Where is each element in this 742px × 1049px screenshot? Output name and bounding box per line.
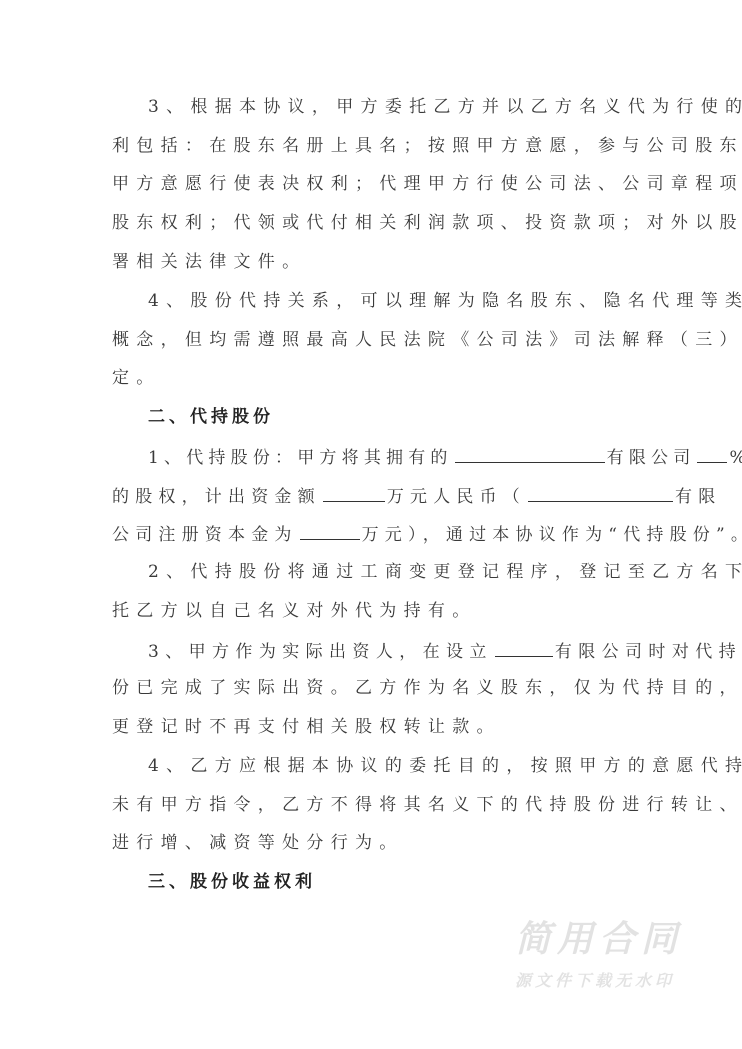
text: 万元），通过本协议作为“代持股份”。 <box>362 525 742 545</box>
paragraph-line: 3、甲方作为实际出资人，在设立有限公司时对代持股 <box>148 638 668 662</box>
paragraph-line: 3、根据本协议，甲方委托乙方并以乙方名义代为行使的股东权 <box>148 95 668 119</box>
text: % <box>729 448 742 468</box>
paragraph-line: 1、代持股份：甲方将其拥有的有限公司% <box>148 444 668 468</box>
registered-capital-blank[interactable] <box>300 521 360 540</box>
text: 1、代持股份：甲方将其拥有的 <box>148 448 453 468</box>
paragraph-line: 股东权利；代领或代付相关利润款项、投资款项；对外以股东名义签 <box>112 211 632 235</box>
capital-amount-blank[interactable] <box>323 483 385 502</box>
company-name-blank-2[interactable] <box>528 483 673 502</box>
paragraph-line: 托乙方以自己名义对外代为持有。 <box>112 599 632 623</box>
paragraph-line: 进行增、减资等处分行为。 <box>112 831 632 855</box>
text: 公司注册资本金为 <box>112 525 298 545</box>
paragraph-line: 甲方意愿行使表决权利；代理甲方行使公司法、公司章程项下的其他 <box>112 172 632 196</box>
paragraph-line: 4、乙方应根据本协议的委托目的，按照甲方的意愿代持股份， <box>148 754 668 778</box>
watermark: 简用合同 源文件下载无水印 <box>515 920 705 991</box>
watermark-subtitle: 源文件下载无水印 <box>515 968 705 991</box>
paragraph-line: 的股权，计出资金额万元人民币（有限 <box>112 483 632 507</box>
percentage-blank[interactable] <box>697 444 727 463</box>
document-page: 3、根据本协议，甲方委托乙方并以乙方名义代为行使的股东权 利包括：在股东名册上具… <box>0 0 742 1049</box>
paragraph-line: 署相关法律文件。 <box>112 250 632 274</box>
paragraph-line: 更登记时不再支付相关股权转让款。 <box>112 715 632 739</box>
text: 有限公司 <box>607 448 696 468</box>
company-setup-blank[interactable] <box>495 638 553 657</box>
watermark-title: 简用合同 <box>515 920 705 960</box>
text: 有限 <box>675 487 721 507</box>
paragraph-line: 未有甲方指令，乙方不得将其名义下的代持股份进行转让、质押以及 <box>112 793 632 817</box>
section-heading: 二、代持股份 <box>148 405 668 429</box>
paragraph-line: 4、股份代持关系，可以理解为隐名股东、隐名代理等类似法律 <box>148 289 668 313</box>
company-name-blank[interactable] <box>455 444 605 463</box>
text: 有限公司时对代持股 <box>555 642 742 662</box>
paragraph-line: 利包括：在股东名册上具名；按照甲方意愿，参与公司股东会并依据 <box>112 134 632 158</box>
text: 3、甲方作为实际出资人，在设立 <box>148 642 493 662</box>
text: 万元人民币（ <box>387 487 526 507</box>
paragraph-line: 份已完成了实际出资。乙方作为名义股东，仅为代持目的，在工商变 <box>112 676 632 700</box>
paragraph-line: 概念，但均需遵照最高人民法院《公司法》司法解释（三）的相关规 <box>112 328 632 352</box>
paragraph-line: 定。 <box>112 366 632 390</box>
paragraph-line: 2、代持股份将通过工商变更登记程序，登记至乙方名下，并委 <box>148 560 668 584</box>
paragraph-line: 公司注册资本金为万元），通过本协议作为“代持股份”。 <box>112 521 632 545</box>
section-heading: 三、股份收益权利 <box>148 870 668 894</box>
text: 的股权，计出资金额 <box>112 487 321 507</box>
